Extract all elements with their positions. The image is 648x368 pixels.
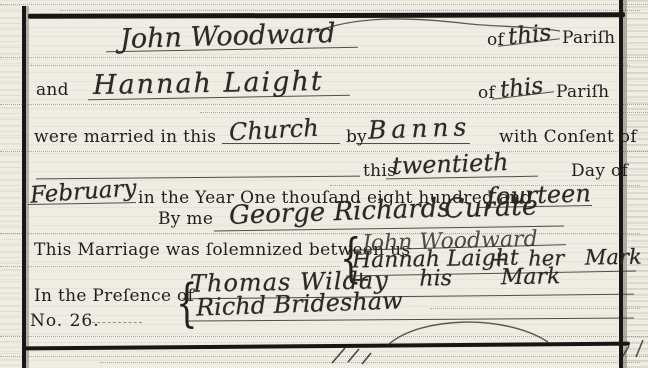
scan-streak bbox=[0, 356, 648, 357]
bride-parish-fill: this bbox=[499, 73, 545, 103]
groom-parish-label: Pariſh bbox=[562, 28, 615, 48]
scan-streak bbox=[330, 185, 640, 186]
right-margin-noise bbox=[627, 0, 648, 368]
officiant-name: George Richards bbox=[229, 193, 452, 231]
scan-streak bbox=[0, 266, 340, 267]
by-me-label: By me bbox=[158, 209, 213, 229]
scan-streak bbox=[0, 104, 648, 105]
entry-number-dash bbox=[92, 322, 142, 323]
left-rule bbox=[22, 6, 26, 368]
place-underline bbox=[222, 143, 340, 144]
presence-label: In the Preſence of bbox=[34, 286, 194, 306]
method-underline bbox=[356, 143, 470, 144]
conjunction-label: and bbox=[36, 80, 69, 100]
consent-label: with Conſent of bbox=[499, 127, 637, 147]
scan-streak bbox=[430, 308, 640, 309]
groom-of-label: of bbox=[487, 30, 504, 50]
scan-streak bbox=[60, 10, 640, 11]
scan-streak bbox=[30, 65, 630, 66]
bottom-rule bbox=[24, 342, 630, 351]
scan-streak bbox=[0, 233, 640, 234]
marriage-place: Church bbox=[228, 114, 319, 147]
by-label: by bbox=[346, 127, 367, 147]
bride-parish-label: Pariſh bbox=[556, 82, 609, 102]
bride-of-label: of bbox=[478, 83, 495, 103]
scan-streak bbox=[0, 151, 648, 152]
left-margin-noise bbox=[0, 0, 21, 368]
scan-streak bbox=[0, 336, 648, 337]
entry-number: No. 26. bbox=[30, 311, 100, 331]
groom-parish-fill: this bbox=[507, 20, 553, 50]
day-of-label: Day of bbox=[571, 161, 628, 181]
marriage-register-scan: John Woodward of this Pariſh and Hannah … bbox=[0, 0, 648, 368]
officiant-title: Curate bbox=[443, 190, 538, 224]
married-in-label: were married in this bbox=[34, 127, 216, 147]
marriage-day: twentieth bbox=[392, 148, 509, 180]
right-rule bbox=[619, 0, 623, 368]
scan-streak bbox=[0, 57, 648, 58]
scan-streak bbox=[0, 4, 648, 5]
marriage-method: Banns bbox=[368, 112, 472, 145]
witness2-name: Richd Brideshaw bbox=[196, 286, 403, 321]
scan-streak bbox=[100, 362, 640, 363]
